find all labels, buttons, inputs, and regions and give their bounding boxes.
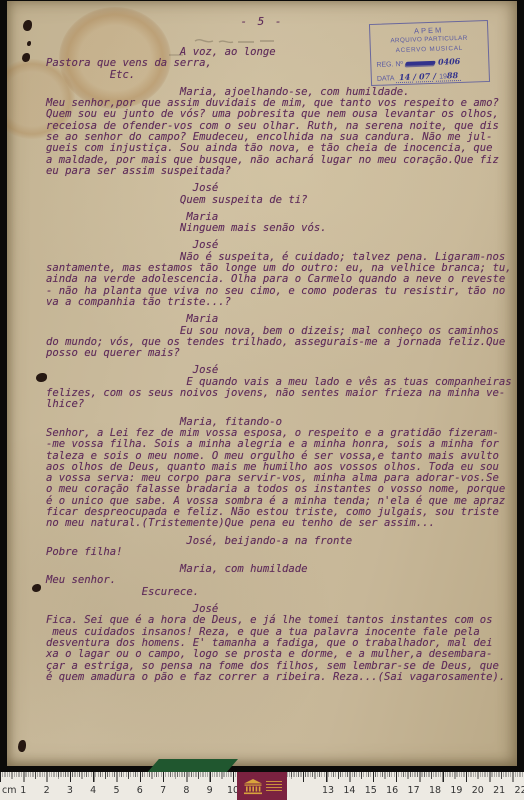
ruler-number: 2 [44,785,50,796]
stamp-reg-label: REG. Nº [376,61,403,69]
ink-blob [18,740,26,752]
ruler-number: 17 [408,785,420,796]
archive-stamp: APEM ARQUIVO PARTICULAR ACERVO MUSICAL R… [369,20,490,86]
ruler-number: 16 [386,785,398,796]
ruler-number: 19 [450,785,462,796]
ink-blob [32,584,41,592]
stamp-date-row: DATA 14/07/1988 [377,69,484,83]
script-block-maria-kneeling: Maria, ajoelhando-se, com humildade. Meu… [46,87,516,177]
script-block-jose-3: José E quando vais a meu lado e vês as t… [46,365,516,410]
scan-background: - 5 - A voz, ao longe Pastora que vens d… [0,0,524,800]
script-block-jose-1: José Quem suspeita de ti? [46,183,516,206]
stamp-date-year: 1988 [436,73,461,82]
ruler-number: 13 [322,785,334,796]
ruler-number: 7 [160,785,166,796]
ruler-number: 5 [113,785,119,796]
ruler-unit-label: cm [2,785,16,796]
ink-scribble [404,61,435,66]
script-block-jose-kissing: José, beijando-a na fronte Pobre filha! [46,536,516,559]
building-icon [243,778,263,795]
ruler-number: 18 [429,785,441,796]
stamp-date-month: 07 [416,71,434,83]
logo-text-lines [266,781,282,792]
ruler-number: 6 [137,785,143,796]
script-block-maria-3: Maria Eu sou nova, bem o dizeis; mal con… [46,314,516,359]
script-block-maria-2: Maria Ninguem mais senão vós. [46,212,516,235]
ruler-number: 3 [67,785,73,796]
ruler-number: 9 [207,785,213,796]
ruler-number: 15 [365,785,377,796]
ruler-number: 22 [515,785,524,796]
typescript: A voz, ao longe Pastora que vens da serr… [46,47,516,683]
script-block-jose-final: José Fica. Sei que é a hora de Deus, e j… [46,604,516,683]
ruler-number: 4 [90,785,96,796]
stamp-reg-value: 0406 [438,56,461,67]
document-page: - 5 - A voz, ao longe Pastora que vens d… [7,1,517,766]
ink-blob [22,53,30,62]
script-block-maria-gazing: Maria, fitando-o Senhor, a Lei fez de mi… [46,417,516,530]
ink-blob [27,41,31,46]
ruler-number: 20 [472,785,484,796]
ruler-number: 8 [183,785,189,796]
measuring-ruler: cm 1234567891013141516171819202122 [0,772,524,800]
archive-logo [237,772,287,800]
ruler-number: 14 [343,785,355,796]
script-block-jose-2: José Não é suspeita, é cuidado; talvez p… [46,240,516,308]
script-block-maria-humble: Maria, com humildade Meu senhor. Escurec… [46,564,516,598]
ruler-number: 1 [20,785,26,796]
ruler-number: 21 [493,785,505,796]
stamp-date-day: 14 [396,72,414,84]
stamp-line3: ACERVO MUSICAL [376,44,483,55]
stamp-date-label: DATA [377,75,394,83]
stamp-reg-row: REG. Nº0406 [376,55,483,69]
